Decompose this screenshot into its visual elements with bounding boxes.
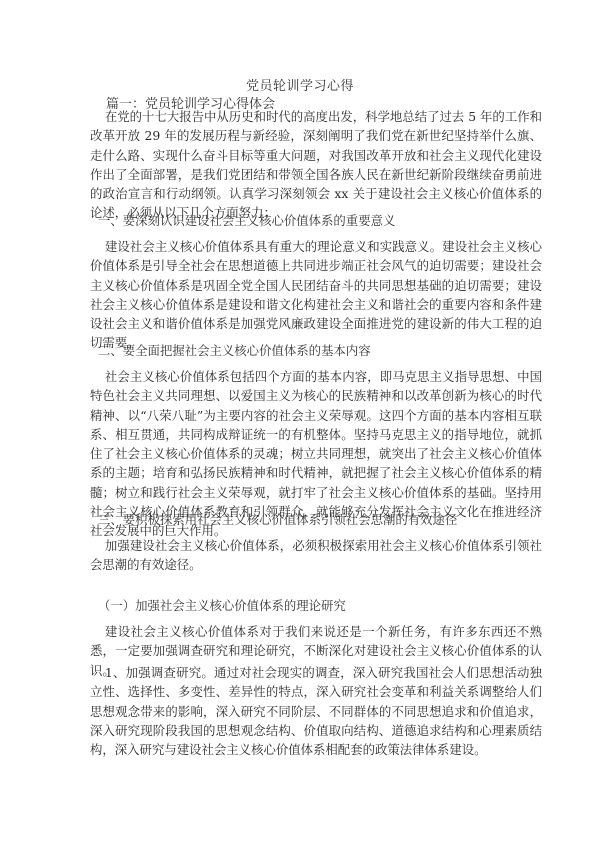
section-3-paragraph: 加强建设社会主义核心价值体系，必须积极探索用社会主义核心价值体系引领社会思潮的有… [90,536,542,575]
section-heading-1: 一、要深刻认识建设社会主义核心价值体系的重要意义 [98,211,395,229]
intro-paragraph: 在党的十七大报告中从历史和时代的高度出发，科学地总结了过去 5 年的工作和改革开… [90,107,542,223]
section-1-paragraph: 建设社会主义核心价值体系具有重大的理论意义和实践意义。建设社会主义核心价值体系是… [90,237,542,353]
subsection-heading-1: （一）加强社会主义核心价值体系的理论研究 [98,596,346,614]
item-1-paragraph: 1、加强调查研究。通过对社会现实的调查，深入研究我国社会人们思想活动独立性、选择… [90,663,542,759]
section-heading-2: 二、要全面把握社会主义核心价值体系的基本内容 [98,341,371,359]
section-heading-3: 三、要积极探索用社会主义核心价值体系引领社会思潮的有效途径 [98,510,457,528]
document-title: 党员轮训学习心得 [0,75,600,94]
